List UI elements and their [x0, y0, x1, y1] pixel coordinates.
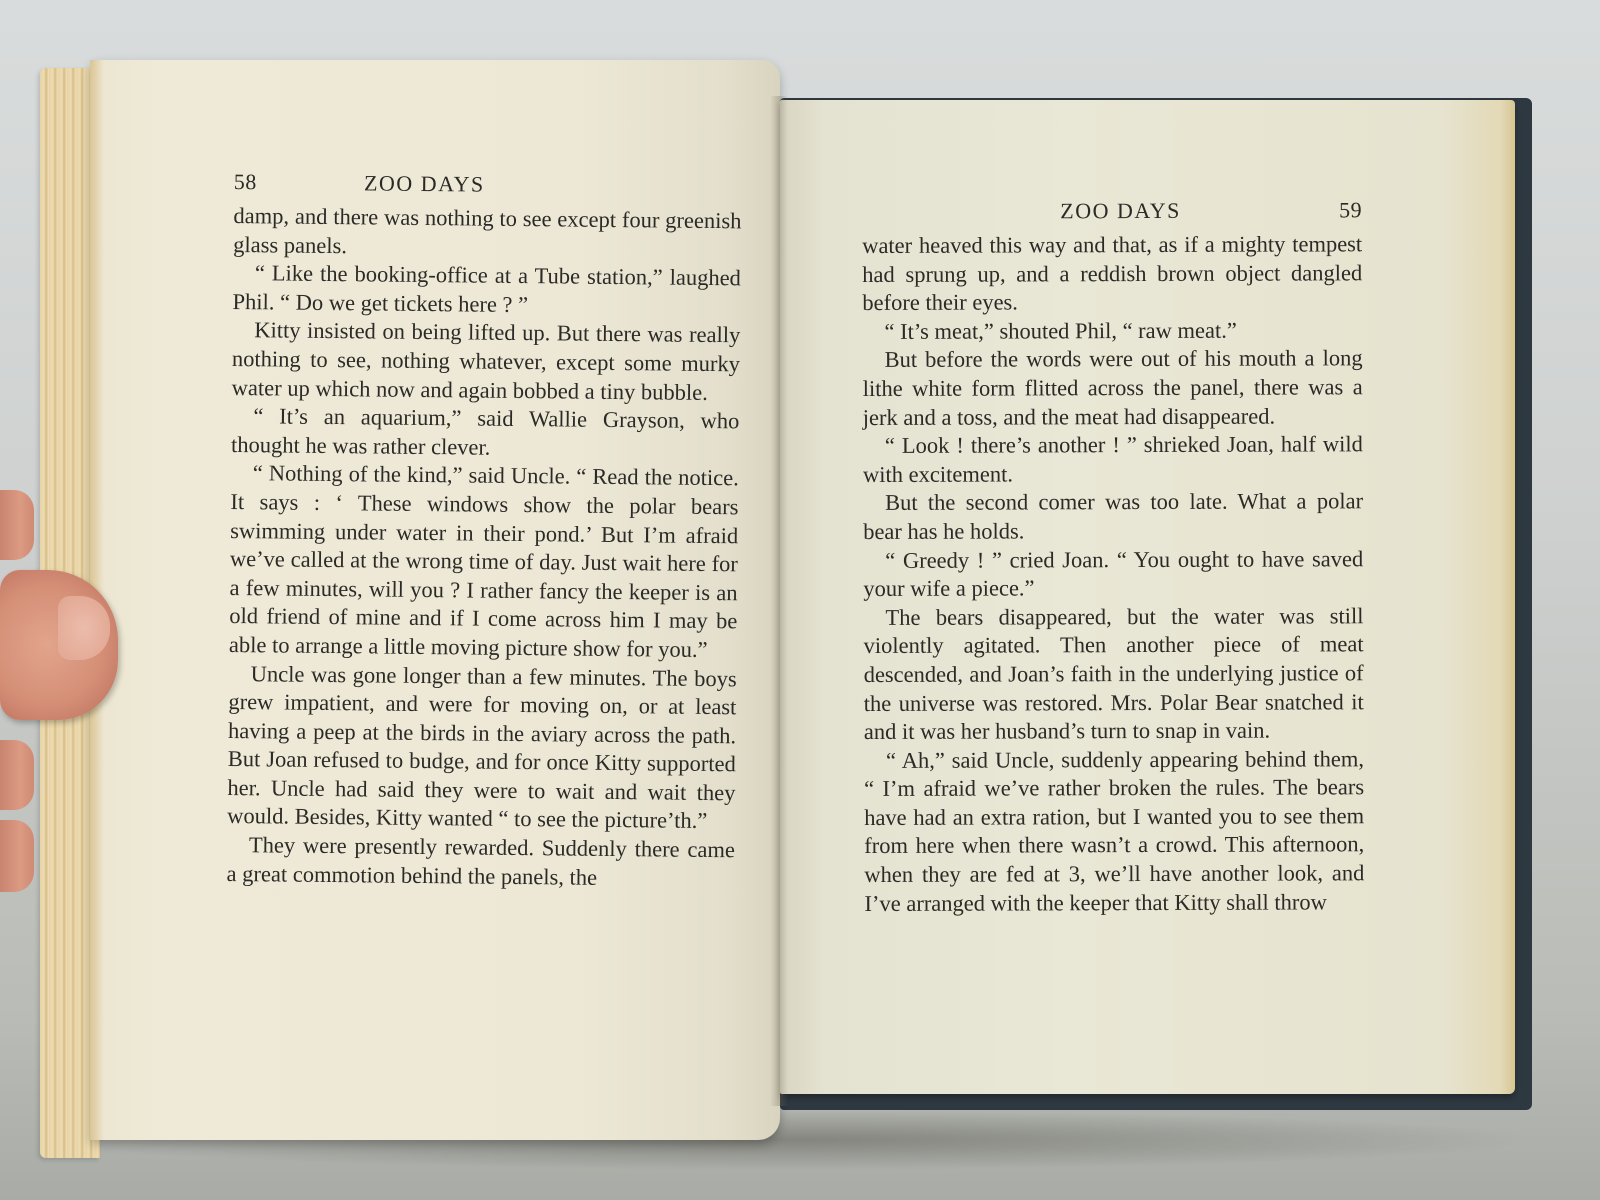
- paragraph: But the second comer was too late. What …: [863, 488, 1363, 547]
- page-number: 59: [1339, 196, 1362, 225]
- running-head-title: ZOO DAYS: [257, 168, 742, 202]
- book-gutter: [770, 96, 788, 1106]
- finger: [0, 490, 34, 560]
- paragraph: “ Ah,” said Uncle, suddenly appearing be…: [864, 745, 1365, 918]
- paragraph: They were presently rewarded. Suddenly t…: [226, 831, 735, 894]
- paragraph: “ It’s an aquarium,” said Wallie Grayson…: [231, 402, 740, 465]
- paragraph: Uncle was gone longer than a few minutes…: [227, 659, 737, 836]
- left-page-text: 58 ZOO DAYS damp, and there was nothing …: [226, 168, 742, 894]
- finger: [0, 820, 34, 892]
- right-running-head: ZOO DAYS 59: [862, 196, 1362, 228]
- paragraph: damp, and there was nothing to see excep…: [233, 202, 742, 265]
- paragraph: water heaved this way and that, as if a …: [862, 230, 1362, 318]
- page-number: 58: [234, 168, 257, 197]
- finger: [0, 740, 34, 810]
- paragraph: “ Nothing of the kind,” said Uncle. “ Re…: [229, 459, 739, 664]
- running-head-title: ZOO DAYS: [862, 196, 1339, 226]
- paragraph: But before the words were out of his mou…: [863, 345, 1363, 433]
- paragraph: “ Look ! there’s another ! ” shrieked Jo…: [863, 430, 1363, 489]
- paragraph: The bears disappeared, but the water was…: [863, 602, 1363, 747]
- paragraph: “ Like the booking-office at a Tube stat…: [232, 259, 741, 322]
- paragraph: Kitty insisted on being lifted up. But t…: [232, 316, 741, 407]
- right-page-text: ZOO DAYS 59 water heaved this way and th…: [862, 196, 1365, 918]
- paragraph: “ Greedy ! ” cried Joan. “ You ought to …: [863, 545, 1363, 604]
- paragraph: “ It’s meat,” shouted Phil, “ raw meat.”: [862, 316, 1362, 346]
- left-running-head: 58 ZOO DAYS: [234, 168, 742, 203]
